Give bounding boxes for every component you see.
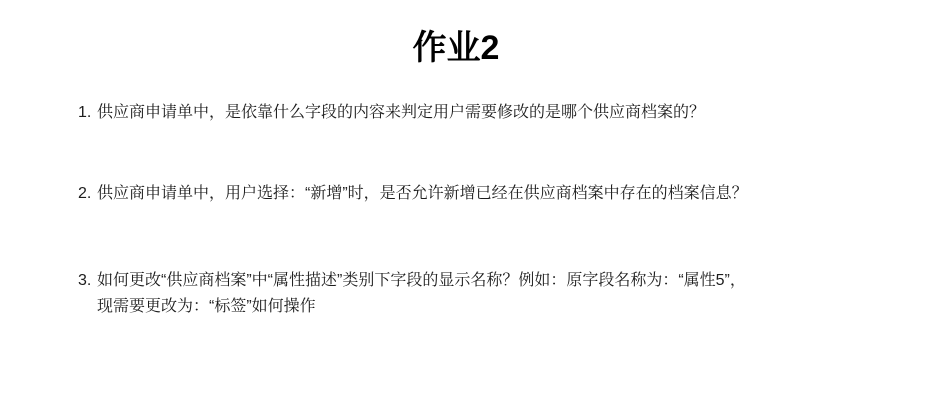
question-text-line: 供应商申请单中，用户选择：“新增”时，是否允许新增已经在供应商档案中存在的档案信…	[97, 181, 748, 207]
question-text-block: 供应商申请单中，用户选择：“新增”时，是否允许新增已经在供应商档案中存在的档案信…	[97, 181, 748, 207]
question-item-1: 1. 供应商申请单中，是依靠什么字段的内容来判定用户需要修改的是哪个供应商档案的…	[78, 100, 705, 126]
page-title: 作业2	[0, 31, 920, 67]
question-number: 2.	[78, 181, 97, 207]
question-text-block: 如何更改“供应商档案”中“属性描述”类别下字段的显示名称？例如：原字段名称为：“…	[97, 268, 746, 320]
document-page: 作业2 1. 供应商申请单中，是依靠什么字段的内容来判定用户需要修改的是哪个供应…	[0, 0, 928, 409]
question-text-block: 供应商申请单中，是依靠什么字段的内容来判定用户需要修改的是哪个供应商档案的？	[97, 100, 705, 126]
question-text-line: 现需要更改为：“标签”如何操作	[97, 294, 746, 320]
question-item-2: 2. 供应商申请单中，用户选择：“新增”时，是否允许新增已经在供应商档案中存在的…	[78, 181, 748, 207]
question-text-line: 如何更改“供应商档案”中“属性描述”类别下字段的显示名称？例如：原字段名称为：“…	[97, 268, 746, 294]
question-text-line: 供应商申请单中，是依靠什么字段的内容来判定用户需要修改的是哪个供应商档案的？	[97, 100, 705, 126]
question-item-3: 3. 如何更改“供应商档案”中“属性描述”类别下字段的显示名称？例如：原字段名称…	[78, 268, 746, 320]
question-number: 3.	[78, 268, 97, 294]
question-number: 1.	[78, 100, 97, 126]
